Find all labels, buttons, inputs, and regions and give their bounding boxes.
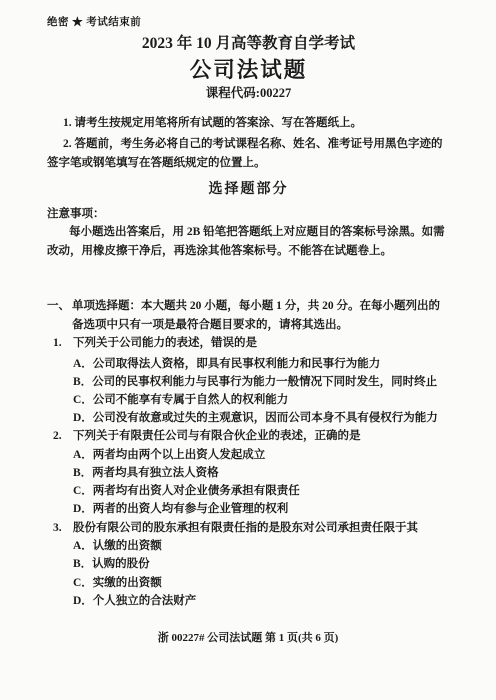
option-item: B．认购的股份 [73, 555, 450, 573]
question-1-number: 1. [53, 334, 73, 353]
notes-title: 注意事项： [47, 205, 450, 223]
option-item: C．实缴的出资额 [73, 574, 450, 592]
option-item: C．两者均有出资人对企业债务承担有限责任 [73, 482, 450, 500]
question-2-row: 2. 下列关于有限责任公司与有限合伙企业的表述，正确的是 [47, 427, 450, 446]
question-1-row: 1. 下列关于公司能力的表述，错误的是 [47, 334, 450, 353]
question-3-number: 3. [53, 519, 73, 538]
part-heading: 一、单项选择题：本大题共 20 小题，每小题 1 分，共 20 分。在每小题列出… [47, 297, 450, 334]
exam-title: 公司法试题 [47, 57, 450, 83]
question-2-stem: 下列关于有限责任公司与有限合伙企业的表述，正确的是 [73, 427, 450, 446]
option-item: D．个人独立的合法财产 [73, 592, 450, 610]
section-heading: 选择题部分 [47, 181, 450, 199]
part-title: 单项选择题：本大题共 20 小题，每小题 1 分，共 20 分。在每小题列出的备… [72, 300, 440, 331]
option-item: A．公司取得法人资格，即具有民事权利能力和民事行为能力 [73, 355, 450, 373]
option-item: A．两者均由两个以上出资人发起成立 [73, 446, 450, 464]
option-item: C．公司不能享有专属于自然人的权利能力 [73, 391, 450, 409]
question-1: 1. 下列关于公司能力的表述，错误的是 A．公司取得法人资格，即具有民事权利能力… [47, 334, 450, 427]
general-instructions: 1. 请考生按规定用笔将所有试题的答案涂、写在答题纸上。 2. 答题前，考生务必… [47, 114, 450, 173]
question-1-options: A．公司取得法人资格，即具有民事权利能力和民事行为能力 B．公司的民事权利能力与… [73, 355, 450, 428]
option-item: B．公司的民事权利能力与民事行为能力一般情况下同时发生，同时终止 [73, 373, 450, 391]
notes-body: 每小题选出答案后，用 2B 铅笔把答题纸上对应题目的答案标号涂黑。如需改动，用橡… [47, 223, 450, 261]
question-2-number: 2. [53, 427, 73, 446]
instruction-item-2: 2. 答题前，考生务必将自己的考试课程名称、姓名、准考证号用黑色字迹的签字笔或钢… [47, 135, 450, 173]
exam-session-title: 2023 年 10 月高等教育自学考试 [47, 34, 450, 54]
question-3-stem: 股份有限公司的股东承担有限责任指的是股东对公司承担责任限于其 [73, 519, 450, 538]
question-2: 2. 下列关于有限责任公司与有限合伙企业的表述，正确的是 A．两者均由两个以上出… [47, 427, 450, 518]
option-item: D．两者的出资人均有参与企业管理的权利 [73, 500, 450, 518]
security-label: 绝密 ★ 考试结束前 [47, 16, 450, 30]
course-code: 课程代码:00227 [47, 85, 450, 101]
exam-paper-page: 绝密 ★ 考试结束前 2023 年 10 月高等教育自学考试 公司法试题 课程代… [0, 0, 496, 700]
question-3-row: 3. 股份有限公司的股东承担有限责任指的是股东对公司承担责任限于其 [47, 519, 450, 538]
question-1-stem: 下列关于公司能力的表述，错误的是 [73, 334, 450, 353]
page-footer: 浙 00227# 公司法试题 第 1 页(共 6 页) [0, 631, 496, 646]
option-item: A．认缴的出资额 [73, 537, 450, 555]
question-3: 3. 股份有限公司的股东承担有限责任指的是股东对公司承担责任限于其 A．认缴的出… [47, 519, 450, 610]
option-item: B．两者均具有独立法人资格 [73, 464, 450, 482]
part-number: 一、 [47, 300, 72, 312]
option-item: D．公司没有故意或过失的主观意识，因而公司本身不具有侵权行为能力 [73, 409, 450, 427]
notes-block: 注意事项： 每小题选出答案后，用 2B 铅笔把答题纸上对应题目的答案标号涂黑。如… [47, 205, 450, 261]
question-2-options: A．两者均由两个以上出资人发起成立 B．两者均具有独立法人资格 C．两者均有出资… [73, 446, 450, 519]
instruction-item-1: 1. 请考生按规定用笔将所有试题的答案涂、写在答题纸上。 [47, 114, 450, 133]
question-3-options: A．认缴的出资额 B．认购的股份 C．实缴的出资额 D．个人独立的合法财产 [73, 537, 450, 610]
